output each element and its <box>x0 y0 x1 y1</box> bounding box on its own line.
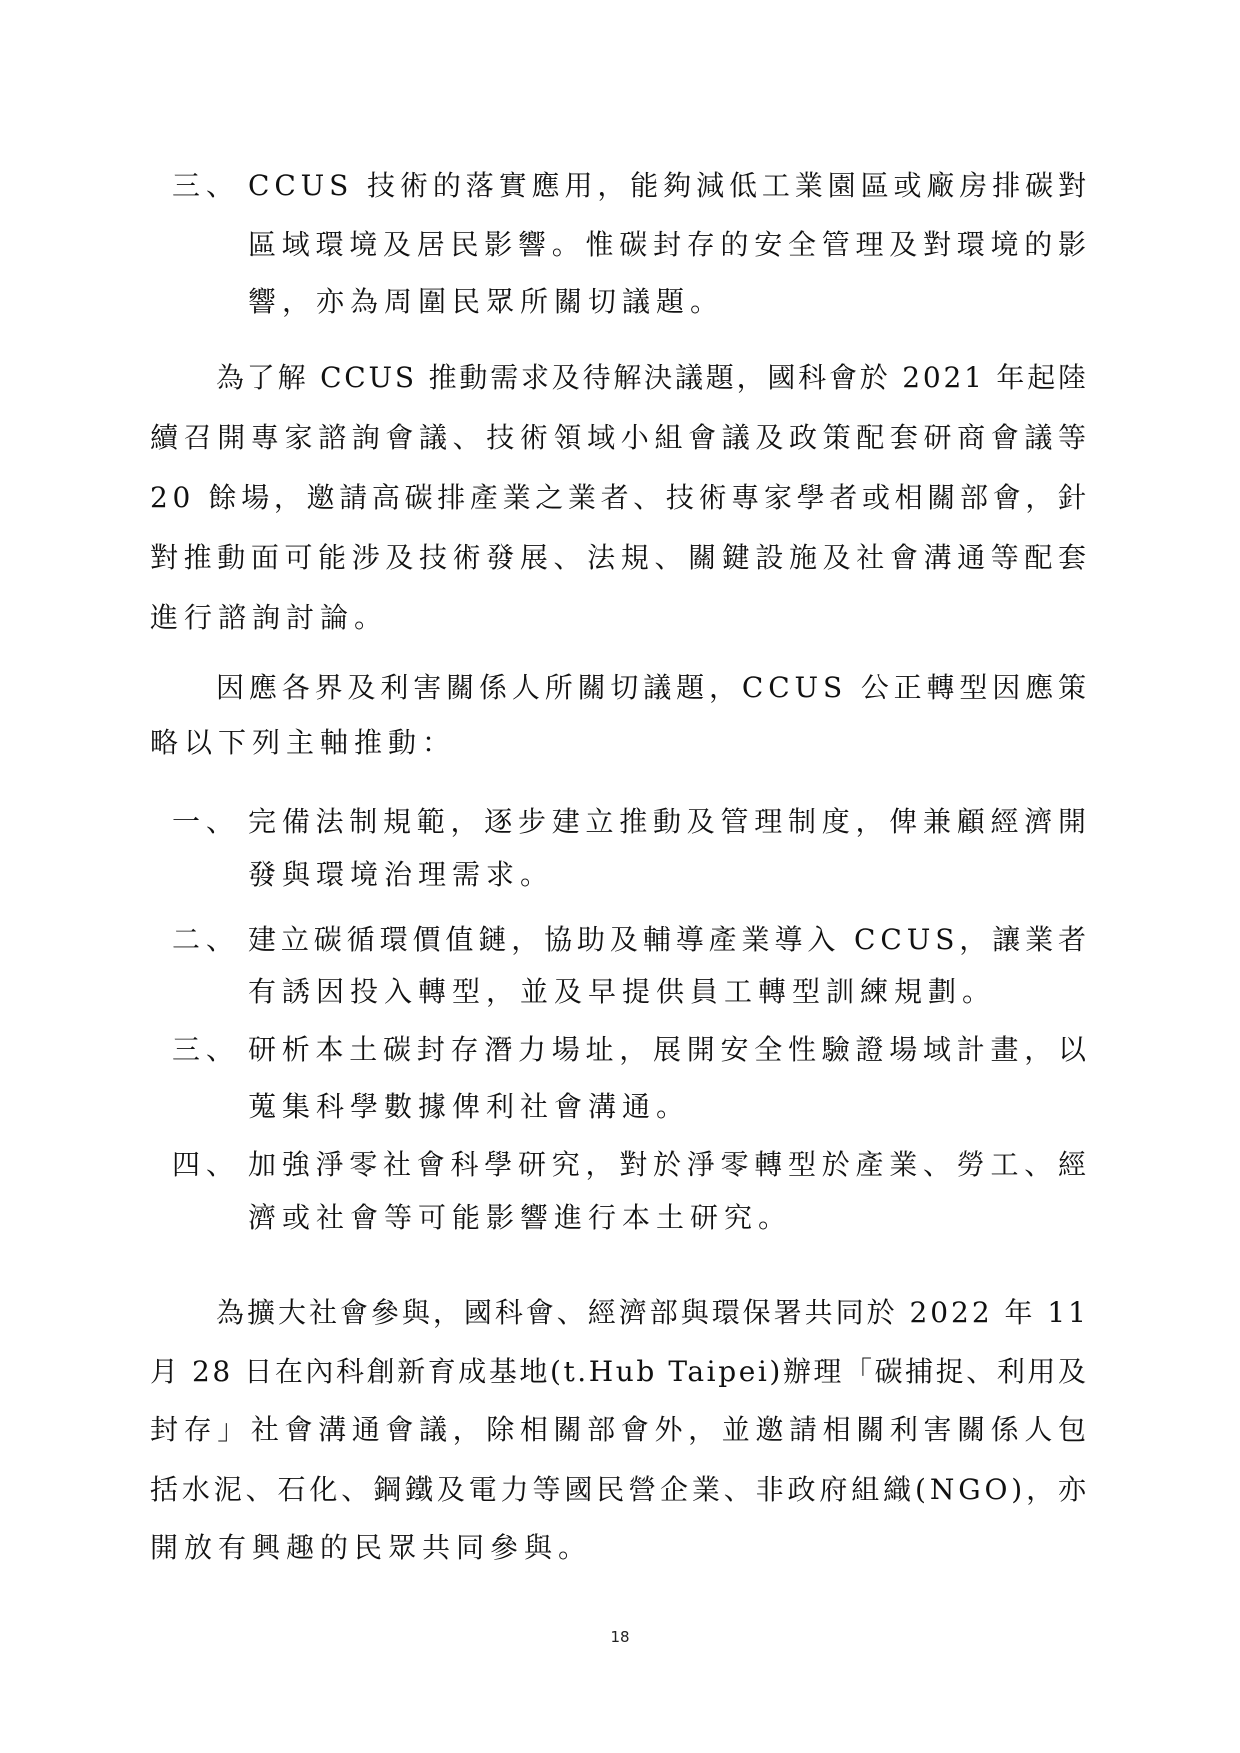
list-text-line: 響，亦為周圍民眾所關切議題。 <box>248 284 724 320</box>
paragraph-line: 對推動面可能涉及技術發展、法規、關鍵設施及社會溝通等配套 <box>150 540 1092 576</box>
list-label: 二、 <box>172 922 240 958</box>
page-number: 18 <box>0 1628 1240 1646</box>
paragraph-line: 封存」社會溝通會議，除相關部會外，並邀請相關利害關係人包 <box>150 1412 1092 1448</box>
list-text-line: 區域環境及居民影響。惟碳封存的安全管理及對環境的影 <box>248 227 1092 263</box>
paragraph-line: 開放有興趣的民眾共同參與。 <box>150 1530 592 1566</box>
list-text-line: 完備法制規範，逐步建立推動及管理制度，俾兼顧經濟開 <box>248 804 1092 840</box>
list-label: 一、 <box>172 804 240 840</box>
paragraph-line: 進行諮詢討論。 <box>150 600 388 636</box>
paragraph-line: 括水泥、石化、鋼鐵及電力等國民營企業、非政府組織(NGO)，亦 <box>150 1472 1090 1508</box>
paragraph-line: 為了解 CCUS 推動需求及待解決議題，國科會於 2021 年起陸 <box>216 360 1089 396</box>
paragraph-line: 為擴大社會參與，國科會、經濟部與環保署共同於 2022 年 11 <box>216 1295 1089 1331</box>
list-text-line: CCUS 技術的落實應用，能夠減低工業園區或廠房排碳對 <box>248 168 1091 204</box>
list-label: 三、 <box>172 1032 240 1068</box>
paragraph-line: 月 28 日在內科創新育成基地(t.Hub Taipei)辦理「碳捕捉、利用及 <box>150 1354 1089 1390</box>
list-text-line: 發與環境治理需求。 <box>248 857 554 893</box>
list-label: 四、 <box>172 1147 240 1183</box>
list-text-line: 濟或社會等可能影響進行本土研究。 <box>248 1200 792 1236</box>
list-text-line: 加強淨零社會科學研究，對於淨零轉型於產業、勞工、經 <box>248 1147 1092 1183</box>
paragraph-line: 略以下列主軸推動： <box>150 725 456 761</box>
list-text-line: 有誘因投入轉型，並及早提供員工轉型訓練規劃。 <box>248 974 996 1010</box>
paragraph-line: 因應各界及利害關係人所關切議題，CCUS 公正轉型因應策 <box>216 670 1091 706</box>
list-text-line: 建立碳循環價值鏈，協助及輔導產業導入 CCUS，讓業者 <box>248 922 1091 958</box>
paragraph-line: 20 餘場，邀請高碳排產業之業者、技術專家學者或相關部會，針 <box>150 480 1091 516</box>
list-text-line: 蒐集科學數據俾利社會溝通。 <box>248 1089 690 1125</box>
list-label: 三、 <box>172 168 240 204</box>
paragraph-line: 續召開專家諮詢會議、技術領域小組會議及政策配套研商會議等 <box>150 420 1092 456</box>
list-text-line: 研析本土碳封存潛力場址，展開安全性驗證場域計畫，以 <box>248 1032 1092 1068</box>
